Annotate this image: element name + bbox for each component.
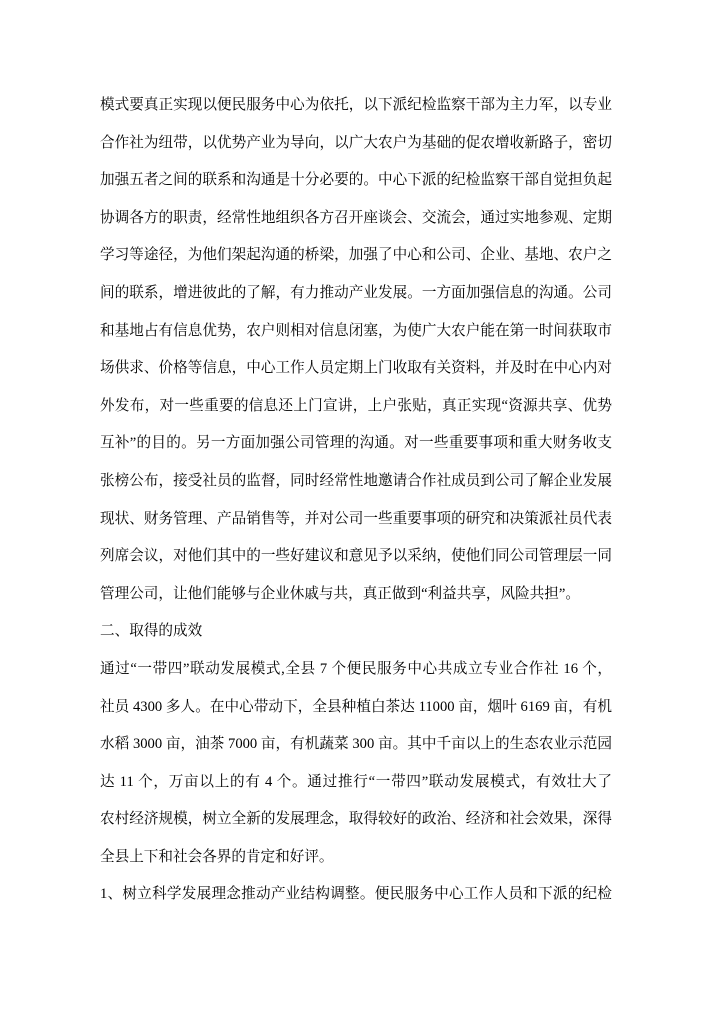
text-line: 学习等途径，为他们架起沟通的桥梁，加强了中心和公司、企业、基地、农户之 bbox=[100, 237, 612, 275]
text-line: 现状、财务管理、产品销售等，并对公司一些重要事项的研究和决策派社员代表 bbox=[100, 501, 612, 539]
text-line: 列席会议，对他们其中的一些好建议和意见予以采纳，使他们同公司管理层一同 bbox=[100, 538, 612, 576]
text-line: 水稻 3000 亩，油茶 7000 亩，有机蔬菜 300 亩。其中千亩以上的生态… bbox=[100, 726, 612, 764]
text-line: 模式要真正实现以便民服务中心为依托，以下派纪检监察干部为主力军，以专业 bbox=[100, 87, 612, 125]
text-line: 1、树立科学发展理念推动产业结构调整。便民服务中心工作人员和下派的纪检 bbox=[100, 876, 612, 914]
text-line: 社员 4300 多人。在中心带动下，全县种植白茶达 11000 亩，烟叶 616… bbox=[100, 689, 612, 727]
text-line: 张榜公布，接受社员的监督，同时经常性地邀请合作社成员到公司了解企业发展 bbox=[100, 463, 612, 501]
text-line: 二、取得的成效 bbox=[100, 613, 612, 651]
text-line: 加强五者之间的联系和沟通是十分必要的。中心下派的纪检监察干部自觉担负起 bbox=[100, 162, 612, 200]
text-line: 场供求、价格等信息，中心工作人员定期上门收取有关资料，并及时在中心内对 bbox=[100, 350, 612, 388]
text-line: 间的联系，增进彼此的了解，有力推动产业发展。一方面加强信息的沟通。公司 bbox=[100, 275, 612, 313]
text-line: 协调各方的职责，经常性地组织各方召开座谈会、交流会，通过实地参观、定期 bbox=[100, 200, 612, 238]
document-page: 模式要真正实现以便民服务中心为依托，以下派纪检监察干部为主力军，以专业合作社为纽… bbox=[0, 0, 721, 1020]
text-line: 达 11 个，万亩以上的有 4 个。通过推行“一带四”联动发展模式，有效壮大了 bbox=[100, 764, 612, 802]
text-line: 外发布，对一些重要的信息还上门宣讲，上户张贴，真正实现“资源共享、优势 bbox=[100, 388, 612, 426]
text-line: 农村经济规模，树立全新的发展理念，取得较好的政治、经济和社会效果，深得 bbox=[100, 801, 612, 839]
text-line: 全县上下和社会各界的肯定和好评。 bbox=[100, 839, 612, 877]
text-line: 合作社为纽带，以优势产业为导向，以广大农户为基础的促农增收新路子，密切 bbox=[100, 125, 612, 163]
text-line: 通过“一带四”联动发展模式,全县 7 个便民服务中心共成立专业合作社 16 个， bbox=[100, 651, 612, 689]
text-line: 互补”的目的。另一方面加强公司管理的沟通。对一些重要事项和重大财务收支 bbox=[100, 425, 612, 463]
text-line: 管理公司，让他们能够与企业休戚与共，真正做到“利益共享，风险共担”。 bbox=[100, 576, 612, 614]
document-text-block: 模式要真正实现以便民服务中心为依托，以下派纪检监察干部为主力军，以专业合作社为纽… bbox=[100, 87, 612, 914]
text-line: 和基地占有信息优势，农户则相对信息闭塞，为使广大农户能在第一时间获取市 bbox=[100, 313, 612, 351]
